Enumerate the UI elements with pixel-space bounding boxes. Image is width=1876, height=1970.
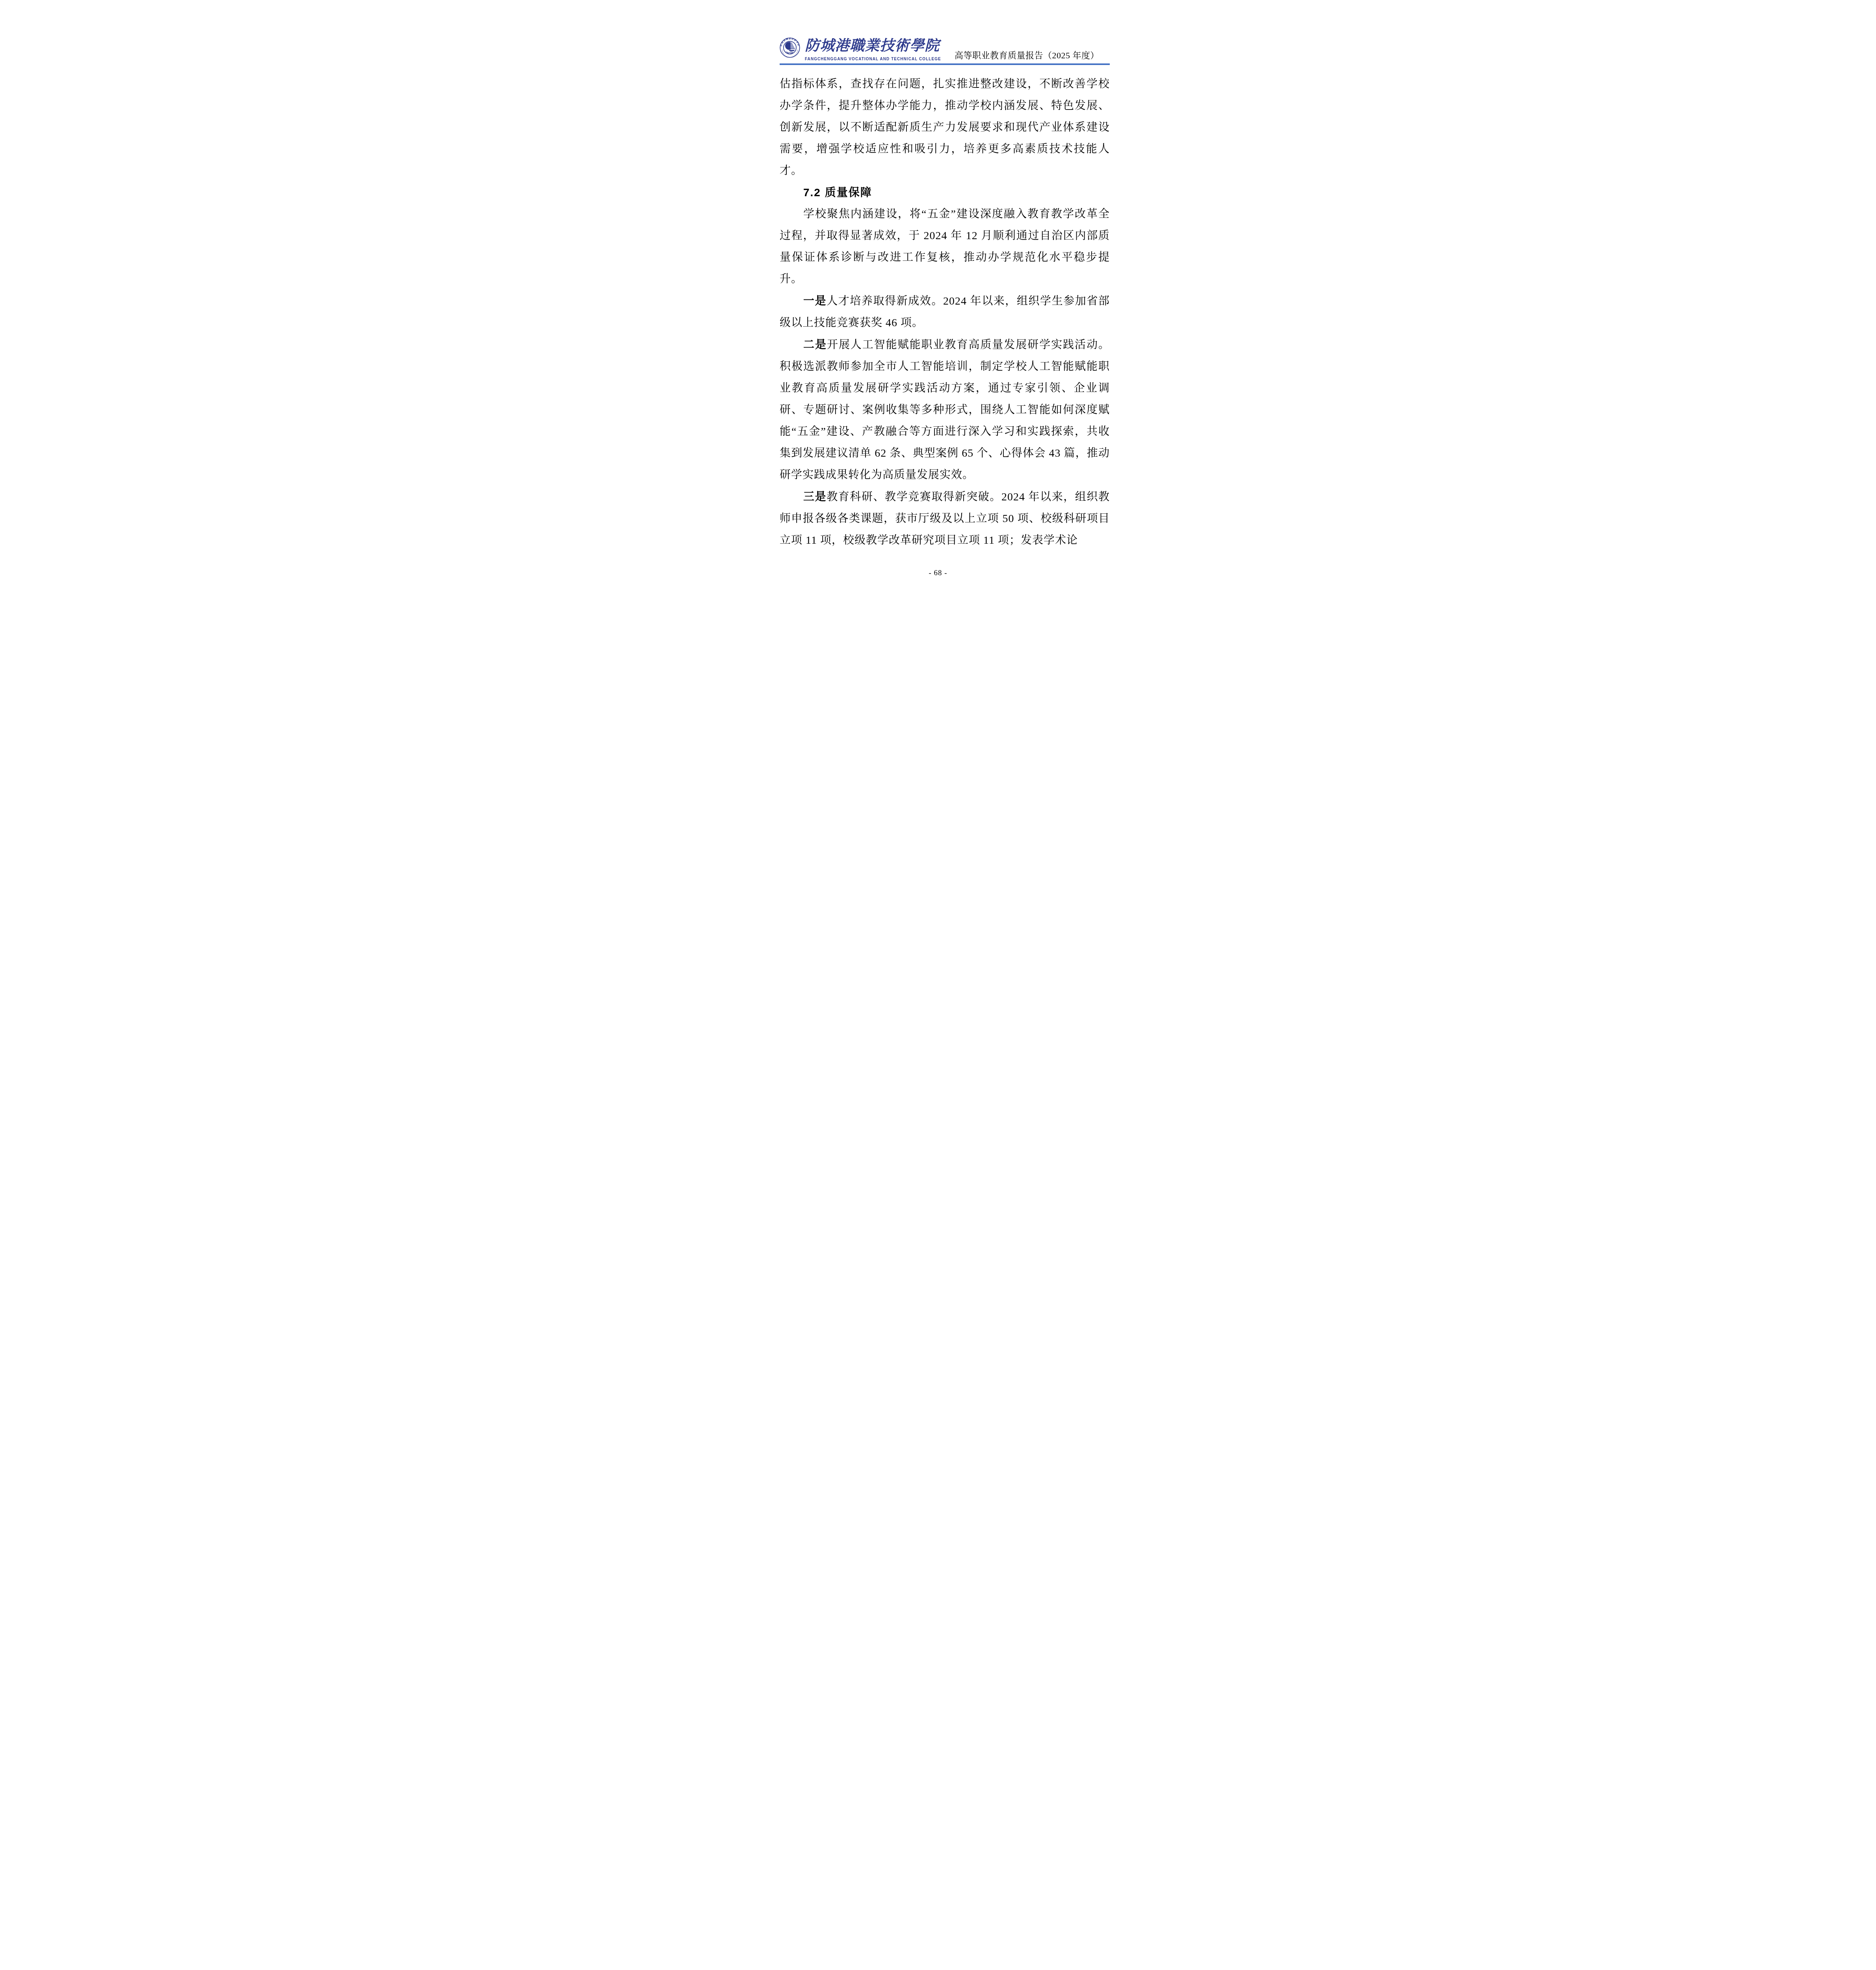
college-logo: 防城港職業技術學院 FANGCHENGGANG VOCATIONAL AND T…: [780, 37, 800, 58]
bold-run: 三是: [803, 491, 827, 503]
college-name-cn: 防城港職業技術學院: [805, 37, 941, 56]
bold-run: 7.2 质量保障: [803, 186, 872, 199]
report-title: 高等职业教育质量报告（2025 年度）: [955, 49, 1099, 61]
paragraph: 估指标体系，查找存在问题，扎实推进整改建设，不断改善学校办学条件，提升整体办学能…: [780, 73, 1110, 182]
text-run: 学校聚焦内涵建设，将“五金”建设深度融入教育教学改革全过程，并取得显著成效，于 …: [780, 208, 1110, 285]
header-divider: [780, 63, 1110, 65]
text-run: 估指标体系，查找存在问题，扎实推进整改建设，不断改善学校办学条件，提升整体办学能…: [780, 78, 1110, 177]
text-run: 教育科研、教学竞赛取得新突破。2024 年以来，组织教师申报各级各类课题，获市厅…: [780, 491, 1110, 546]
text-run: 人才培养取得新成效。2024 年以来，组织学生参加省部级以上技能竞赛获奖 46 …: [780, 295, 1110, 329]
section-heading: 7.2 质量保障: [780, 182, 1110, 203]
bold-run: 二是: [803, 338, 827, 351]
page-number: - 68 -: [721, 569, 1155, 578]
college-name-en: FANGCHENGGANG VOCATIONAL AND TECHNICAL C…: [805, 57, 941, 62]
paragraph: 一是人才培养取得新成效。2024 年以来，组织学生参加省部级以上技能竞赛获奖 4…: [780, 290, 1110, 334]
document-page: 防城港職業技術學院 FANGCHENGGANG VOCATIONAL AND T…: [721, 0, 1155, 613]
document-body: 估指标体系，查找存在问题，扎实推进整改建设，不断改善学校办学条件，提升整体办学能…: [780, 73, 1110, 551]
bold-run: 一是: [803, 295, 827, 307]
paragraph: 二是开展人工智能赋能职业教育高质量发展研学实践活动。积极选派教师参加全市人工智能…: [780, 334, 1110, 486]
text-run: 开展人工智能赋能职业教育高质量发展研学实践活动。积极选派教师参加全市人工智能培训…: [780, 339, 1110, 481]
paragraph: 三是教育科研、教学竞赛取得新突破。2024 年以来，组织教师申报各级各类课题，获…: [780, 486, 1110, 551]
paragraph: 学校聚焦内涵建设，将“五金”建设深度融入教育教学改革全过程，并取得显著成效，于 …: [780, 203, 1110, 290]
